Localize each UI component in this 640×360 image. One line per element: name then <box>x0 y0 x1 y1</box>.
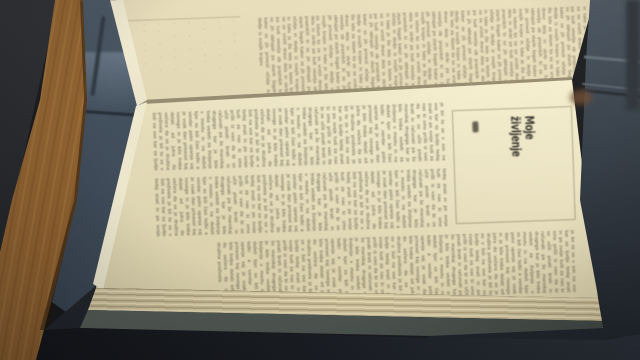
small-print-mark <box>472 121 478 132</box>
chapter-title-line1: Moje <box>521 115 536 156</box>
blue-book-board-edge <box>84 110 142 117</box>
chapter-title-line2: življenje <box>508 116 523 157</box>
lower-page-columns-1-2: je bil to se v šoli na vse kar so ljudje… <box>148 103 448 237</box>
brown-reflection <box>570 90 592 105</box>
cover-dark-edge <box>626 0 640 110</box>
chapter-title-box: Moje življenje <box>452 106 576 224</box>
book-photo: in tako je šlo leto za letom ko so se vr… <box>0 0 640 360</box>
lower-page-content: Moje življenje je bil to se v šoli na vs… <box>141 84 580 317</box>
chapter-title: Moje življenje <box>508 115 537 157</box>
